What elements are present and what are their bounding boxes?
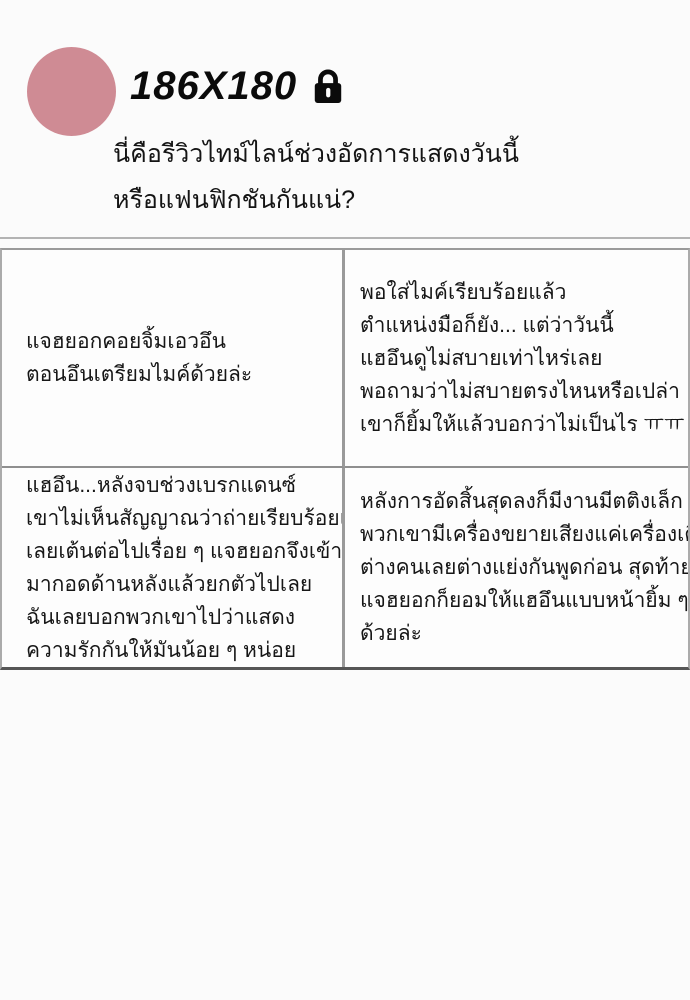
post-image: 186X180 นี่คือรีวิวไทม์ไลน์ช่วงอัดการแสด… bbox=[0, 0, 690, 1000]
cell-text-line: มากอดด้านหลังแล้วยกตัวไปเลย bbox=[26, 568, 332, 601]
cell-text-line: พวกเขามีเครื่องขยายเสียงแค่เครื่องเดียว.… bbox=[360, 518, 680, 551]
table-cell-bottom-right: หลังการอัดสิ้นสุดลงก็มีงานมีตติงเล็ก ๆ พ… bbox=[345, 468, 688, 667]
cell-text-line: ต่างคนเลยต่างแย่งกันพูดก่อน สุดท้าย bbox=[360, 551, 680, 584]
cell-text-line: แจฮยอกก็ยอมให้แฮอึนแบบหน้ายิ้ม ๆ bbox=[360, 584, 680, 617]
cell-text-line: ตำแหน่งมือก็ยัง... แต่ว่าวันนี้ bbox=[360, 309, 680, 342]
cell-text-line: แฮอึนดูไม่สบายเท่าไหร่เลย bbox=[360, 342, 680, 375]
cell-text-line: เลยเต้นต่อไปเรื่อย ๆ แจฮยอกจึงเข้า bbox=[26, 535, 332, 568]
divider-line bbox=[0, 237, 690, 239]
caption-line-2: หรือแฟนฟิกชันกันแน่? bbox=[113, 177, 519, 223]
timeline-table: แจฮยอกคอยจิ้มเอวอึน ตอนอึนเตรียมไมค์ด้วย… bbox=[0, 248, 690, 670]
table-cell-top-right: พอใส่ไมค์เรียบร้อยแล้ว ตำแหน่งมือก็ยัง..… bbox=[345, 250, 688, 468]
avatar bbox=[27, 47, 116, 136]
table-cell-bottom-left: แฮอึน...หลังจบช่วงเบรกแดนซ์ เขาไม่เห็นสั… bbox=[2, 468, 345, 667]
lock-icon bbox=[311, 68, 345, 104]
cell-text-line: พอถามว่าไม่สบายตรงไหนหรือเปล่า bbox=[360, 375, 680, 408]
cell-text-line: หลังการอัดสิ้นสุดลงก็มีงานมีตติงเล็ก ๆ bbox=[360, 485, 680, 518]
cell-text-line: ด้วยล่ะ bbox=[360, 617, 680, 650]
cell-text-line: เขาก็ยิ้มให้แล้วบอกว่าไม่เป็นไร ㅠㅠ bbox=[360, 408, 680, 441]
cell-text-line: ฉันเลยบอกพวกเขาไปว่าแสดง bbox=[26, 601, 332, 634]
cell-text-line: ตอนอึนเตรียมไมค์ด้วยล่ะ bbox=[26, 358, 332, 391]
cell-text-line: เขาไม่เห็นสัญญาณว่าถ่ายเรียบร้อยแล้ว bbox=[26, 502, 332, 535]
table-cell-top-left: แจฮยอกคอยจิ้มเอวอึน ตอนอึนเตรียมไมค์ด้วย… bbox=[2, 250, 345, 468]
cell-text-line: แจฮยอกคอยจิ้มเอวอึน bbox=[26, 325, 332, 358]
cell-text-line: พอใส่ไมค์เรียบร้อยแล้ว bbox=[360, 276, 680, 309]
page-title: 186X180 bbox=[130, 66, 297, 106]
title-row: 186X180 bbox=[130, 66, 345, 106]
cell-text-line: แฮอึน...หลังจบช่วงเบรกแดนซ์ bbox=[26, 469, 332, 502]
caption: นี่คือรีวิวไทม์ไลน์ช่วงอัดการแสดงวันนี้ … bbox=[113, 131, 519, 223]
cell-text-line: ความรักกันให้มันน้อย ๆ หน่อย bbox=[26, 634, 332, 667]
caption-line-1: นี่คือรีวิวไทม์ไลน์ช่วงอัดการแสดงวันนี้ bbox=[113, 131, 519, 177]
